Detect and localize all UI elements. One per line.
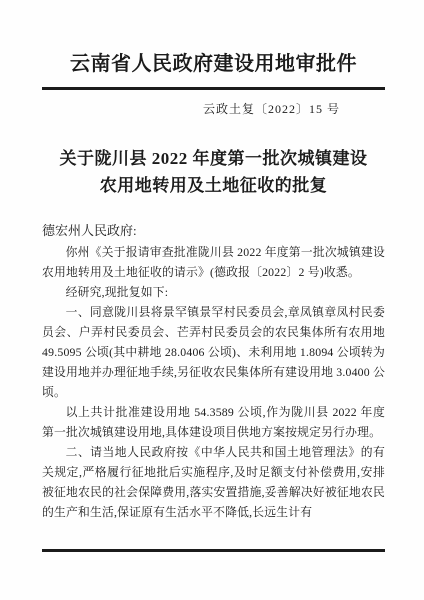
paragraph-reference: 你州《关于报请审查批准陇川县 2022 年度第一批次城镇建设农用地转用及土地征收… [42, 242, 385, 282]
header-rule [42, 87, 385, 90]
document-number: 云政土复〔2022〕15 号 [42, 101, 385, 118]
subject-line-2: 农用地转用及土地征收的批复 [100, 176, 328, 195]
document-page: 云南省人民政府建设用地审批件 云政土复〔2022〕15 号 关于陇川县 2022… [0, 0, 424, 600]
footer-rule [42, 549, 385, 552]
addressee: 德宏州人民政府: [42, 222, 385, 240]
paragraph-item-1: 一、同意陇川县将景罕镇景罕村民委员会,章凤镇章凤村民委员会、户弄村民委员会、芒弄… [42, 302, 385, 402]
subject-heading: 关于陇川县 2022 年度第一批次城镇建设 农用地转用及土地征收的批复 [42, 145, 385, 199]
document-title: 云南省人民政府建设用地审批件 [42, 50, 385, 78]
paragraph-item-2: 二、请当地人民政府按《中华人民共和国土地管理法》的有关规定,严格履行征地批后实施… [42, 442, 385, 522]
subject-line-1: 关于陇川县 2022 年度第一批次城镇建设 [60, 149, 368, 168]
paragraph-reply-intro: 经研究,现批复如下: [42, 282, 385, 302]
paragraph-item-1-summary: 以上共计批准建设用地 54.3589 公顷,作为陇川县 2022 年度第一批次城… [42, 402, 385, 442]
document-body: 你州《关于报请审查批准陇川县 2022 年度第一批次城镇建设农用地转用及土地征收… [42, 242, 385, 522]
